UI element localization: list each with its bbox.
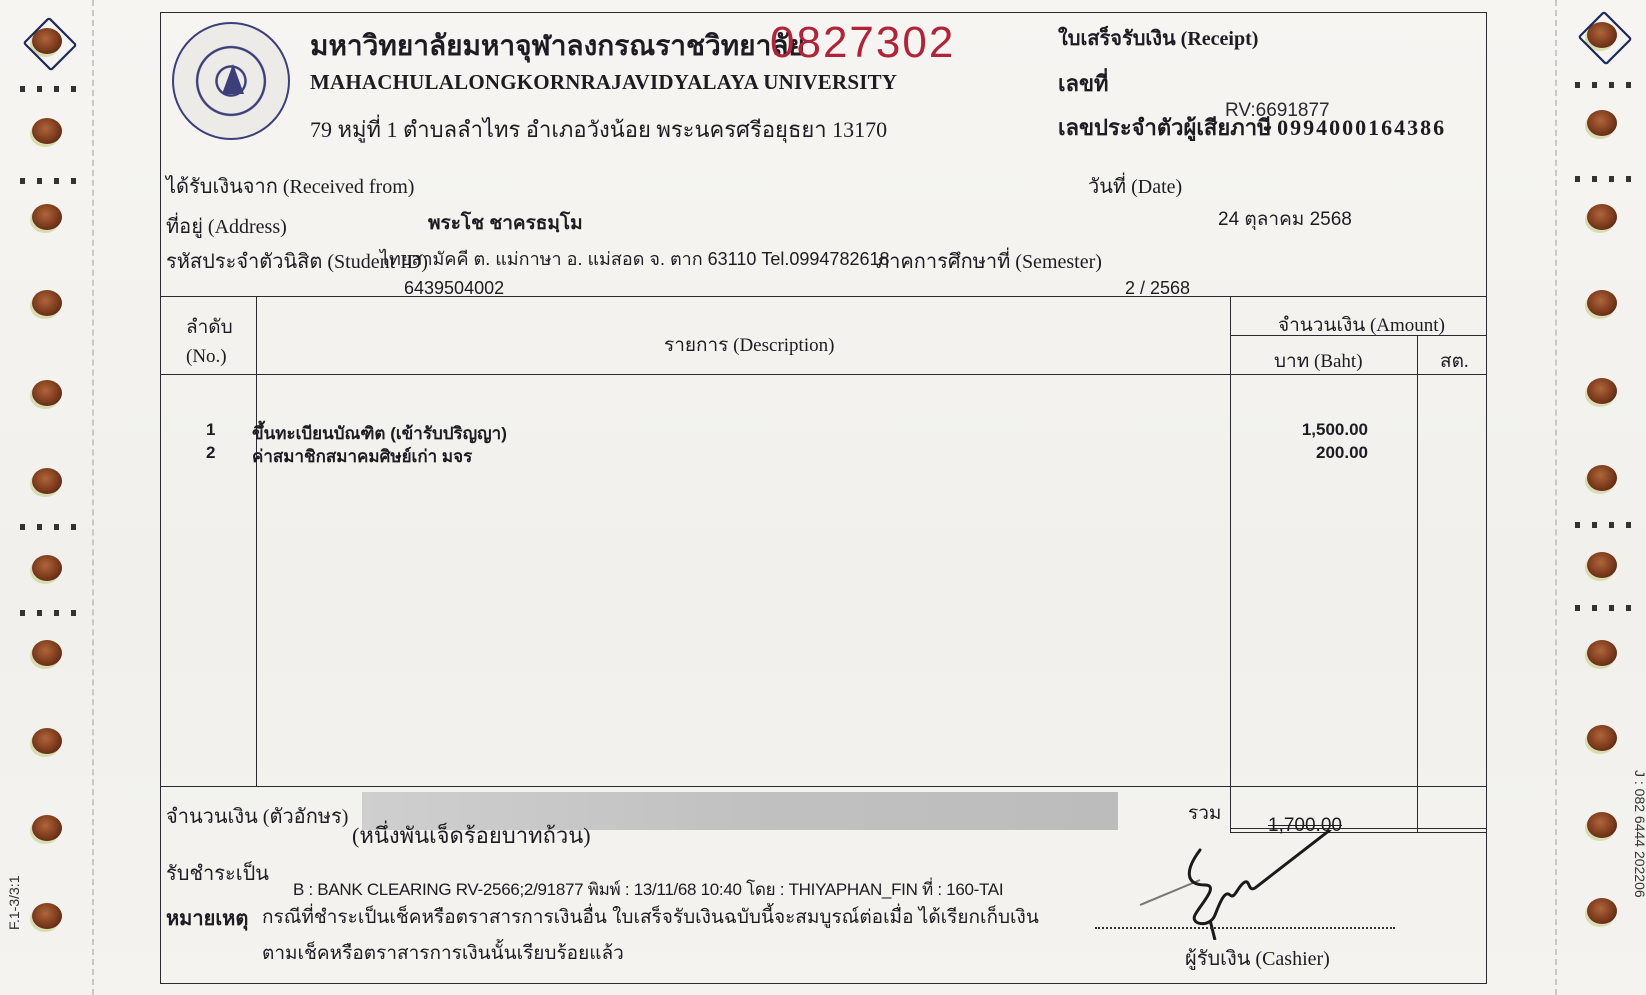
- feed-hole-icon: [1587, 110, 1617, 136]
- amount-in-words-value: (หนึ่งพันเจ็ดร้อยบาทถ้วน): [352, 818, 591, 853]
- date-label: วันที่ (Date): [1088, 170, 1182, 202]
- feed-hole-icon: [1587, 812, 1617, 838]
- right-tractor-feed: [1565, 0, 1635, 995]
- no-column-divider: [256, 296, 257, 786]
- feed-hole-icon: [1587, 204, 1617, 230]
- amount-in-words-label: จำนวนเงิน (ตัวอักษร): [166, 800, 348, 832]
- semester-label: ภาคการศึกษาที่ (Semester): [876, 245, 1102, 277]
- receipt-number-value: RV:6691877: [1225, 100, 1330, 122]
- note-line-1: กรณีที่ชำระเป็นเช็คหรือตราสารการเงินอื่น…: [262, 902, 1039, 932]
- header-description: รายการ (Description): [664, 330, 834, 360]
- received-from-label: ได้รับเงินจาก (Received from): [166, 170, 414, 202]
- feed-hole-icon: [32, 118, 62, 144]
- form-code-right: J : 082 6444 202206: [1632, 770, 1646, 898]
- cashier-signature: [1130, 830, 1360, 940]
- address-value: ไทยสามัคคี ต. แม่กาษา อ. แม่สอด จ. ตาก 6…: [380, 244, 890, 273]
- header-amount: จำนวนเงิน (Amount): [1278, 310, 1445, 340]
- feed-hole-icon: [1587, 552, 1617, 578]
- receipt-title: ใบเสร็จรับเงิน (Receipt): [1058, 22, 1258, 54]
- feed-hole-icon: [32, 204, 62, 230]
- feed-hole-icon: [32, 290, 62, 316]
- university-name-english: MAHACHULALONGKORNRAJAVIDYALAYA UNIVERSIT…: [310, 70, 897, 95]
- feed-hole-icon: [1587, 465, 1617, 491]
- feed-hole-icon: [32, 815, 62, 841]
- table-top-border: [160, 296, 1487, 297]
- header-satang: สต.: [1440, 346, 1469, 376]
- feed-hole-icon: [1587, 22, 1617, 48]
- university-name-thai: มหาวิทยาลัยมหาจุฬาลงกรณราชวิทยาลัย: [310, 24, 805, 68]
- feed-hole-icon: [1587, 898, 1617, 924]
- description-column-divider: [1230, 296, 1231, 832]
- item-description: ค่าสมาชิกสมาคมศิษย์เก่า มจร: [252, 443, 472, 470]
- university-address: 79 หมู่ที่ 1 ตำบลลำไทร อำเภอวังน้อย พระน…: [310, 112, 887, 147]
- left-perforation: [92, 0, 94, 995]
- cashier-label: ผู้รับเงิน (Cashier): [1185, 942, 1330, 974]
- item-amount: 200.00: [1248, 443, 1368, 463]
- feed-hole-icon: [32, 468, 62, 494]
- note-label: หมายเหตุ: [166, 902, 248, 934]
- feed-hole-icon: [32, 555, 62, 581]
- paid-by-value: B : BANK CLEARING RV-2566;2/91877 พิมพ์ …: [293, 876, 1003, 903]
- total-label: รวม: [1188, 798, 1221, 828]
- feed-tick-marks: [1575, 605, 1631, 611]
- feed-tick-marks: [20, 86, 76, 92]
- paid-by-label: รับชำระเป็น: [166, 857, 269, 889]
- feed-tick-marks: [1575, 522, 1631, 528]
- feed-hole-icon: [32, 728, 62, 754]
- feed-hole-icon: [32, 903, 62, 929]
- date-value: 24 ตุลาคม 2568: [1218, 204, 1352, 234]
- feed-hole-icon: [32, 640, 62, 666]
- table-bottom-border: [160, 786, 1487, 787]
- university-seal-icon: [172, 22, 290, 140]
- feed-hole-icon: [1587, 640, 1617, 666]
- address-label: ที่อยู่ (Address): [166, 210, 287, 242]
- feed-hole-icon: [1587, 725, 1617, 751]
- feed-tick-marks: [20, 524, 76, 530]
- receipt-serial-number: 0827302: [770, 18, 955, 68]
- form-code-left: F.1-3/3:1: [6, 876, 22, 930]
- receipt-paper: F.1-3/3:1 J : 082 6444 202206 มหาวิทยาลั…: [0, 0, 1646, 995]
- signature-line: [1095, 927, 1395, 929]
- feed-tick-marks: [20, 178, 76, 184]
- satang-column-divider: [1417, 335, 1418, 832]
- header-baht: บาท (Baht): [1274, 346, 1363, 376]
- note-line-2: ตามเช็คหรือตราสารการเงินนั้นเรียบร้อยแล้…: [262, 938, 624, 968]
- feed-hole-icon: [32, 28, 62, 54]
- right-perforation: [1555, 0, 1557, 995]
- feed-hole-icon: [1587, 378, 1617, 404]
- header-no-thai: ลำดับ: [186, 312, 233, 342]
- feed-hole-icon: [32, 380, 62, 406]
- feed-tick-marks: [1575, 176, 1631, 182]
- left-tractor-feed: [10, 0, 80, 995]
- receipt-number-label: เลขที่: [1058, 66, 1109, 101]
- feed-tick-marks: [1575, 82, 1631, 88]
- feed-tick-marks: [20, 610, 76, 616]
- feed-hole-icon: [1587, 290, 1617, 316]
- header-no-english: (No.): [186, 346, 227, 368]
- payer-name: พระโช ชาครธมฺโม: [428, 208, 583, 238]
- item-number: 2: [206, 443, 215, 463]
- item-amount: 1,500.00: [1248, 420, 1368, 440]
- item-number: 1: [206, 420, 215, 440]
